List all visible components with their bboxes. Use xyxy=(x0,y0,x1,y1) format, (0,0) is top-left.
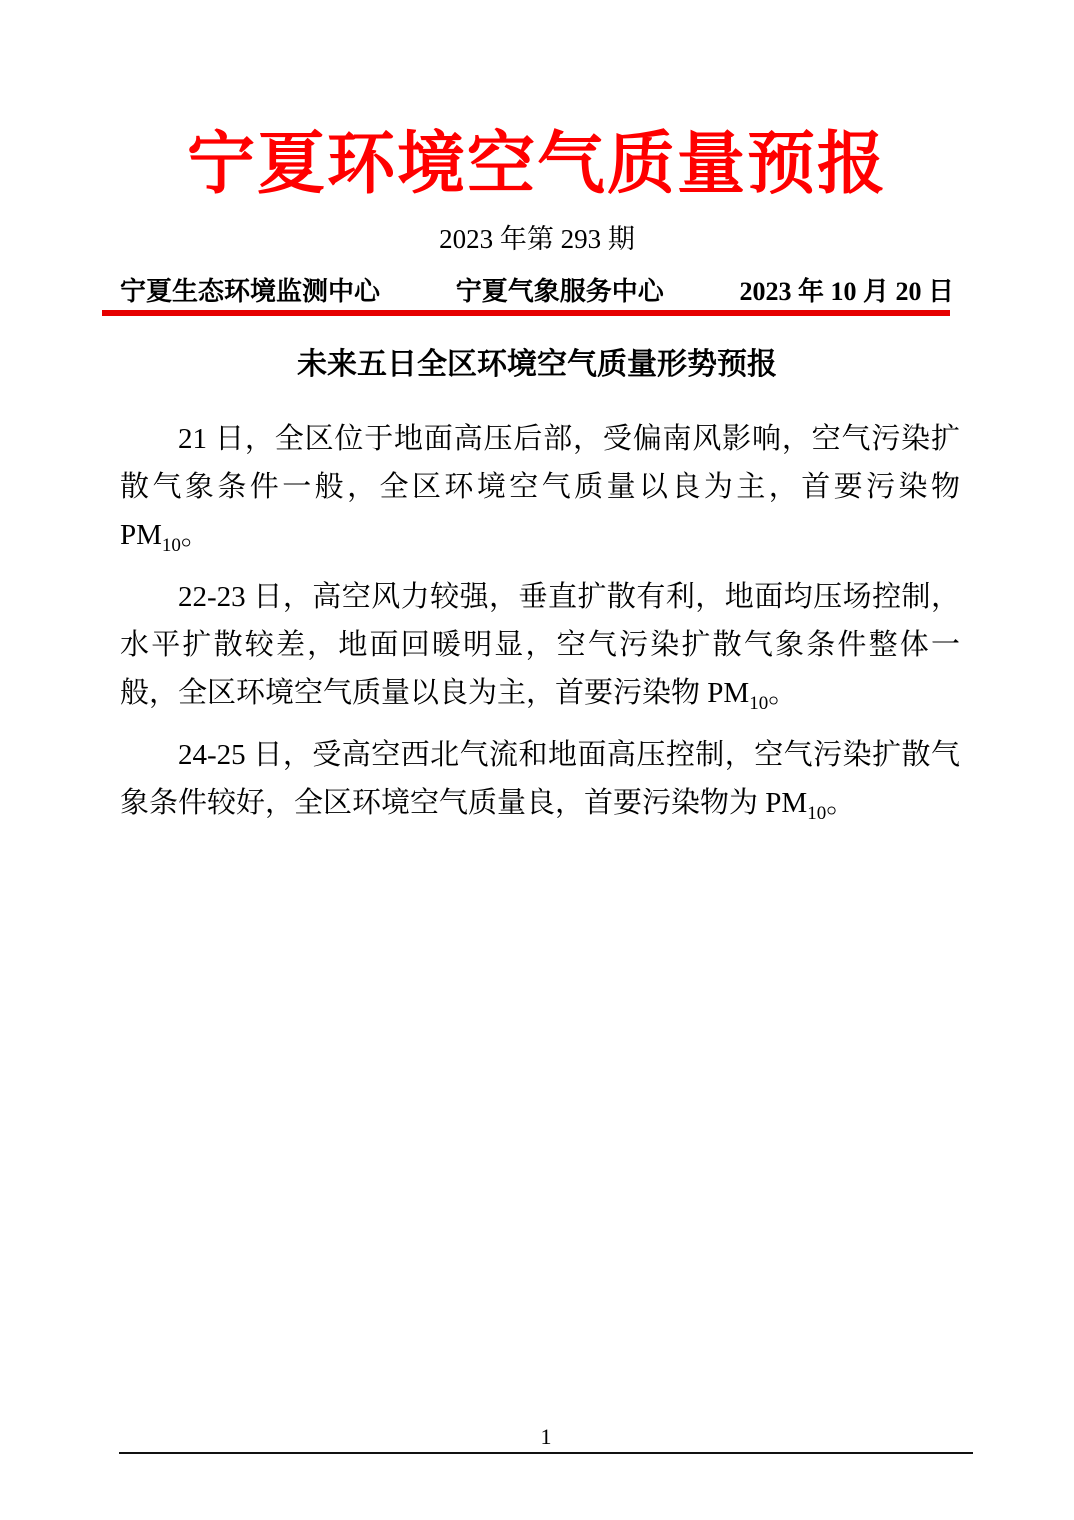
page-footer: 1 xyxy=(119,1424,973,1454)
org-left-label: 宁夏生态环境监测中心 xyxy=(120,276,380,308)
pm10-label: PM10 xyxy=(707,677,768,709)
paragraph-text: 21 日，全区位于地面高压后部，受偏南风影响，空气污染扩散气象条件一般，全区环境… xyxy=(120,423,960,503)
pm-base: PM xyxy=(765,787,807,819)
document-title: 宁夏环境空气质量预报 xyxy=(0,124,1074,204)
section-title: 未来五日全区环境空气质量形势预报 xyxy=(0,346,1074,384)
red-divider-rule xyxy=(102,310,950,316)
pm-subscript: 10 xyxy=(749,693,768,714)
forecast-paragraph-2: 22-23 日，高空风力较强，垂直扩散有利，地面均压场控制，水平扩散较差，地面回… xyxy=(120,573,960,717)
pm-subscript: 10 xyxy=(162,535,181,556)
forecast-paragraph-3: 24-25 日，受高空西北气流和地面高压控制，空气污染扩散气象条件较好，全区环境… xyxy=(120,731,960,827)
paragraph-text: 22-23 日，高空风力较强，垂直扩散有利，地面均压场控制，水平扩散较差，地面回… xyxy=(120,581,960,709)
paragraph-text: 。 xyxy=(181,519,210,551)
page-number: 1 xyxy=(541,1424,552,1449)
paragraph-text: 。 xyxy=(826,787,855,819)
masthead-row: 宁夏生态环境监测中心 宁夏气象服务中心 2023 年 10 月 20 日 xyxy=(120,276,954,308)
forecast-paragraph-1: 21 日，全区位于地面高压后部，受偏南风影响，空气污染扩散气象条件一般，全区环境… xyxy=(120,415,960,559)
pm10-label: PM10 xyxy=(120,519,181,551)
forecast-body: 21 日，全区位于地面高压后部，受偏南风影响，空气污染扩散气象条件一般，全区环境… xyxy=(120,415,960,841)
org-center-label: 宁夏气象服务中心 xyxy=(456,276,664,308)
pm-base: PM xyxy=(120,519,162,551)
issue-number: 2023 年第 293 期 xyxy=(0,222,1074,256)
issue-date-label: 2023 年 10 月 20 日 xyxy=(739,276,954,308)
pm-base: PM xyxy=(707,677,749,709)
document-page: 宁夏环境空气质量预报 2023 年第 293 期 宁夏生态环境监测中心 宁夏气象… xyxy=(0,0,1074,1520)
pm10-label: PM10 xyxy=(765,787,826,819)
pm-subscript: 10 xyxy=(807,803,826,824)
paragraph-text: 。 xyxy=(768,677,797,709)
